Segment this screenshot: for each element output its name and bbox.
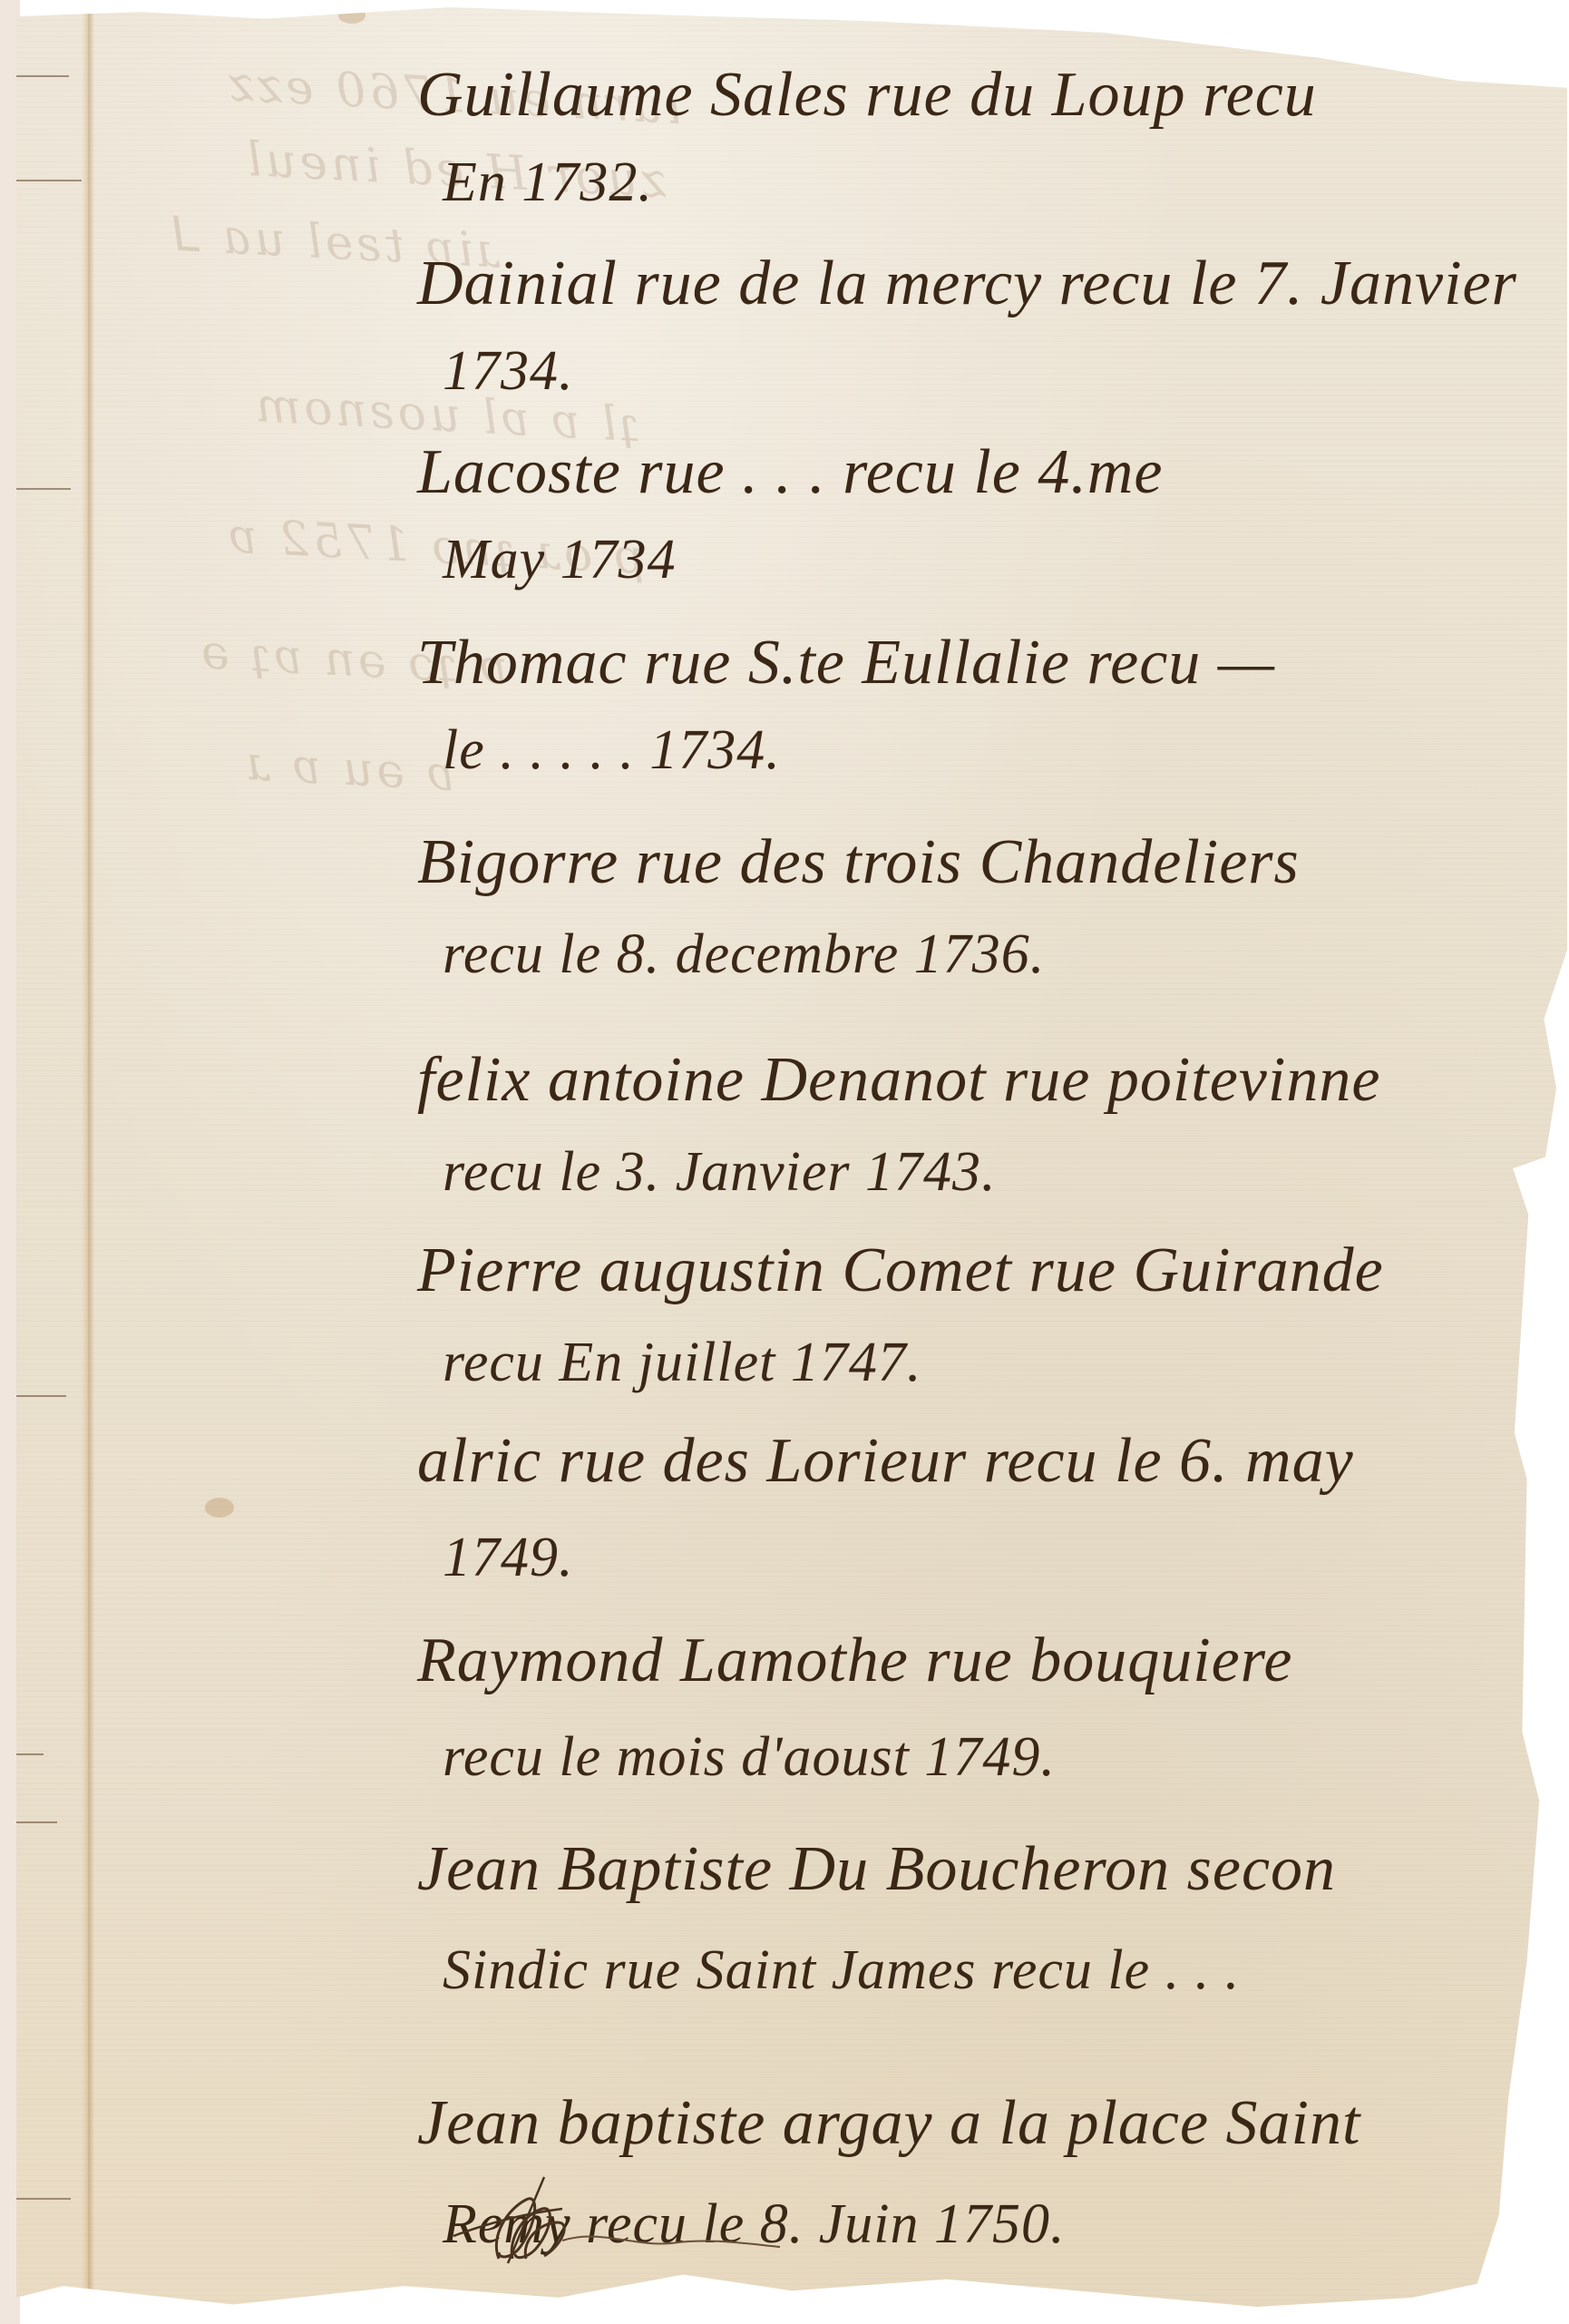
entry-line-primary: Raymond Lamothe rue bouquiere [417, 1629, 1560, 1693]
entry-line-continuation: recu le 8. decembre 1736. [417, 926, 1560, 982]
entry-line-primary: Jean Baptiste Du Boucheron secon [417, 1838, 1560, 1901]
register-entry: alric rue des Lorieur recu le 6. may 174… [417, 1421, 1560, 1611]
entry-line-continuation: recu En juillet 1747. [417, 1334, 1560, 1391]
register-entries: Guillaume Sales rue du Loup recu En 1732… [417, 36, 1560, 2273]
entry-line-primary: Bigorre rue des trois Chandeliers [417, 831, 1560, 894]
paraph-flourish-icon [435, 2173, 816, 2272]
register-entry: Pierre augustin Comet rue Guirande recu … [417, 1230, 1560, 1421]
entry-line-continuation: recu le mois d'aoust 1749. [417, 1729, 1560, 1785]
entry-line-continuation: Sindic rue Saint James recu le . . . [417, 1942, 1560, 1998]
register-entry: Guillaume Sales rue du Loup recu En 1732… [417, 36, 1560, 243]
margin-ruling-mark [16, 2198, 71, 2200]
entry-line-primary: alric rue des Lorieur recu le 6. may [417, 1430, 1560, 1493]
foxing-spot [205, 1498, 234, 1518]
register-entry: Bigorre rue des trois Chandeliers recu l… [417, 813, 1560, 1040]
margin-ruling-mark [16, 180, 82, 181]
entry-line-continuation: 1749. [417, 1529, 1560, 1586]
margin-ruling-mark [16, 75, 69, 77]
entry-line-primary: Dainial rue de la mercy recu le 7. Janvi… [417, 252, 1560, 316]
register-entry: Jean Baptiste Du Boucheron secon Sindic … [417, 1820, 1560, 2074]
margin-ruling-mark [16, 488, 71, 490]
entry-line-primary: Thomac rue S.te Eullalie recu — [417, 631, 1560, 695]
entry-line-primary: felix antoine Denanot rue poitevinne [417, 1049, 1560, 1112]
ink-stain [338, 7, 365, 24]
entry-line-continuation: recu le 3. Janvier 1743. [417, 1144, 1560, 1200]
entry-line-primary: Jean baptiste argay a la place Saint [417, 2092, 1560, 2155]
margin-ruling-mark [16, 1753, 44, 1755]
register-entry: Thomac rue S.te Eullalie recu — le . . .… [417, 622, 1560, 813]
entry-line-continuation: 1734. [417, 343, 1560, 399]
entry-line-continuation: le . . . . . 1734. [417, 722, 1560, 778]
margin-ruling-mark [16, 1821, 57, 1823]
register-entry: Dainial rue de la mercy recu le 7. Janvi… [417, 243, 1560, 432]
register-entry: Raymond Lamothe rue bouquiere recu le mo… [417, 1611, 1560, 1820]
page-fold-crease [82, 7, 94, 2307]
entry-line-primary: Guillaume Sales rue du Loup recu [417, 63, 1560, 127]
register-entry: felix antoine Denanot rue poitevinne rec… [417, 1040, 1560, 1230]
entry-line-continuation: En 1732. [417, 154, 1560, 210]
entry-line-primary: Lacoste rue . . . recu le 4.me [417, 441, 1560, 504]
entry-line-primary: Pierre augustin Comet rue Guirande [417, 1239, 1560, 1303]
signature-paraph [435, 2173, 816, 2276]
margin-ruling-mark [16, 1395, 66, 1397]
register-entry: Lacoste rue . . . recu le 4.me May 1734 [417, 432, 1560, 622]
entry-line-continuation: May 1734 [417, 532, 1560, 588]
